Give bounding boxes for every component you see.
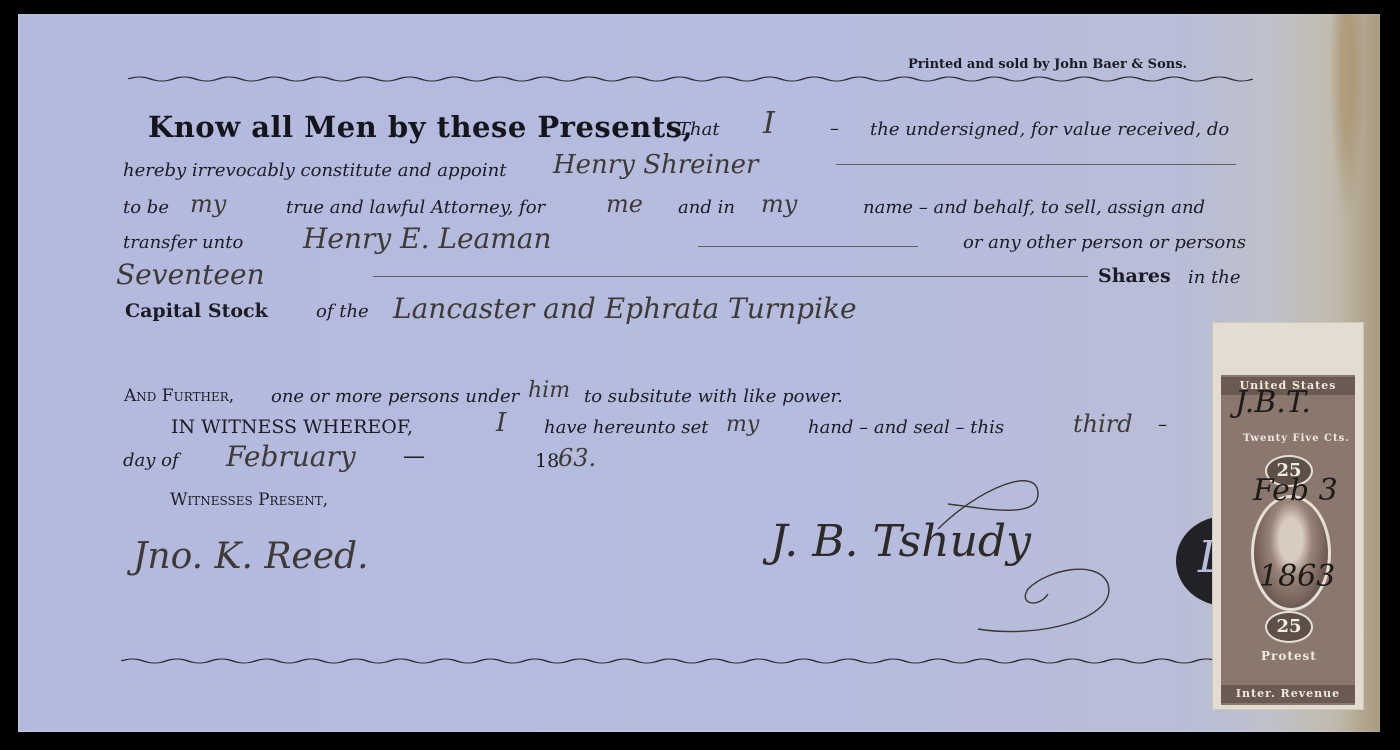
year-printed: 18	[535, 450, 559, 472]
dash-day: –	[1158, 414, 1167, 435]
hand-transferee: Henry E. Leaman	[303, 222, 552, 255]
to-be-text: to be	[123, 197, 169, 218]
fill-rule-transferee	[698, 246, 918, 247]
further-text-1: one or more persons under	[271, 386, 519, 407]
stamp-arc-text: Twenty Five Cts.	[1243, 433, 1350, 444]
fill-rule-attorney	[836, 164, 1236, 165]
dash-1: –	[830, 118, 839, 139]
witness-text-2: hand – and seal – this	[808, 417, 1004, 438]
fill-rule-shares	[373, 276, 1088, 277]
hand-attorney: Henry Shreiner	[553, 150, 758, 180]
hand-day: third	[1073, 410, 1133, 438]
stamp-purpose: Protest	[1261, 649, 1317, 663]
bottom-wavy-rule	[121, 657, 1241, 665]
dash-month: —	[403, 444, 425, 469]
stamp-value-bottom: 25	[1265, 611, 1313, 643]
transfer-unto-text: transfer unto	[123, 232, 243, 253]
printer-line: Printed and sold by John Baer & Sons.	[908, 57, 1187, 72]
heading: Know all Men by these Presents,	[148, 110, 693, 144]
witness-signature: Jno. K. Reed.	[133, 536, 369, 577]
line3-text-1: true and lawful Attorney, for	[286, 197, 545, 218]
hand-him: him	[528, 378, 570, 403]
in-the-text: in the	[1188, 267, 1241, 288]
hand-my-1: my	[190, 190, 226, 218]
capital-stock-label: Capital Stock	[125, 300, 268, 322]
top-wavy-rule	[128, 75, 1253, 83]
hand-me: me	[606, 190, 643, 218]
revenue-stamp: United States Twenty Five Cts. 25 25 Pro…	[1212, 322, 1364, 710]
stamp-cancel-initials: J.B.T.	[1235, 385, 1311, 420]
line2-text: hereby irrevocably constitute and appoin…	[123, 160, 506, 181]
and-further-label: And Further,	[124, 386, 234, 406]
further-text-2: to subsitute with like power.	[584, 386, 843, 407]
hand-company: Lancaster and Ephrata Turnpike	[393, 292, 857, 325]
of-the-text: of the	[316, 301, 369, 322]
hand-month: February	[226, 440, 356, 473]
stamp-design: United States Twenty Five Cts. 25 25 Pro…	[1221, 375, 1355, 705]
witness-text-1: have hereunto set	[544, 417, 708, 438]
line3-text-2: and in	[678, 197, 735, 218]
stamp-cancel-year: 1863	[1259, 559, 1335, 594]
hand-i: I	[496, 408, 506, 438]
hand-share-count: Seventeen	[116, 258, 265, 291]
hand-year: 63.	[558, 444, 596, 472]
that-text: That	[678, 119, 720, 140]
hand-my-2: my	[761, 190, 797, 218]
line3-text-3: name – and behalf, to sell, assign and	[863, 197, 1205, 218]
stamp-bottom-band: Inter. Revenue	[1221, 685, 1355, 703]
witnesses-label: Witnesses Present,	[170, 490, 328, 510]
hand-my-3: my	[726, 412, 759, 437]
shares-label: Shares	[1098, 265, 1171, 287]
document-paper: Printed and sold by John Baer & Sons. Kn…	[18, 14, 1380, 732]
day-of-text: day of	[123, 450, 179, 471]
line4-text-2: or any other person or persons	[963, 232, 1246, 253]
in-witness-whereof: IN WITNESS WHEREOF,	[171, 416, 413, 438]
stamp-cancel-date: Feb 3	[1253, 473, 1338, 508]
hand-grantor: I	[763, 106, 775, 141]
line1-text: the undersigned, for value received, do	[870, 119, 1229, 140]
signature-flourish	[918, 469, 1138, 639]
